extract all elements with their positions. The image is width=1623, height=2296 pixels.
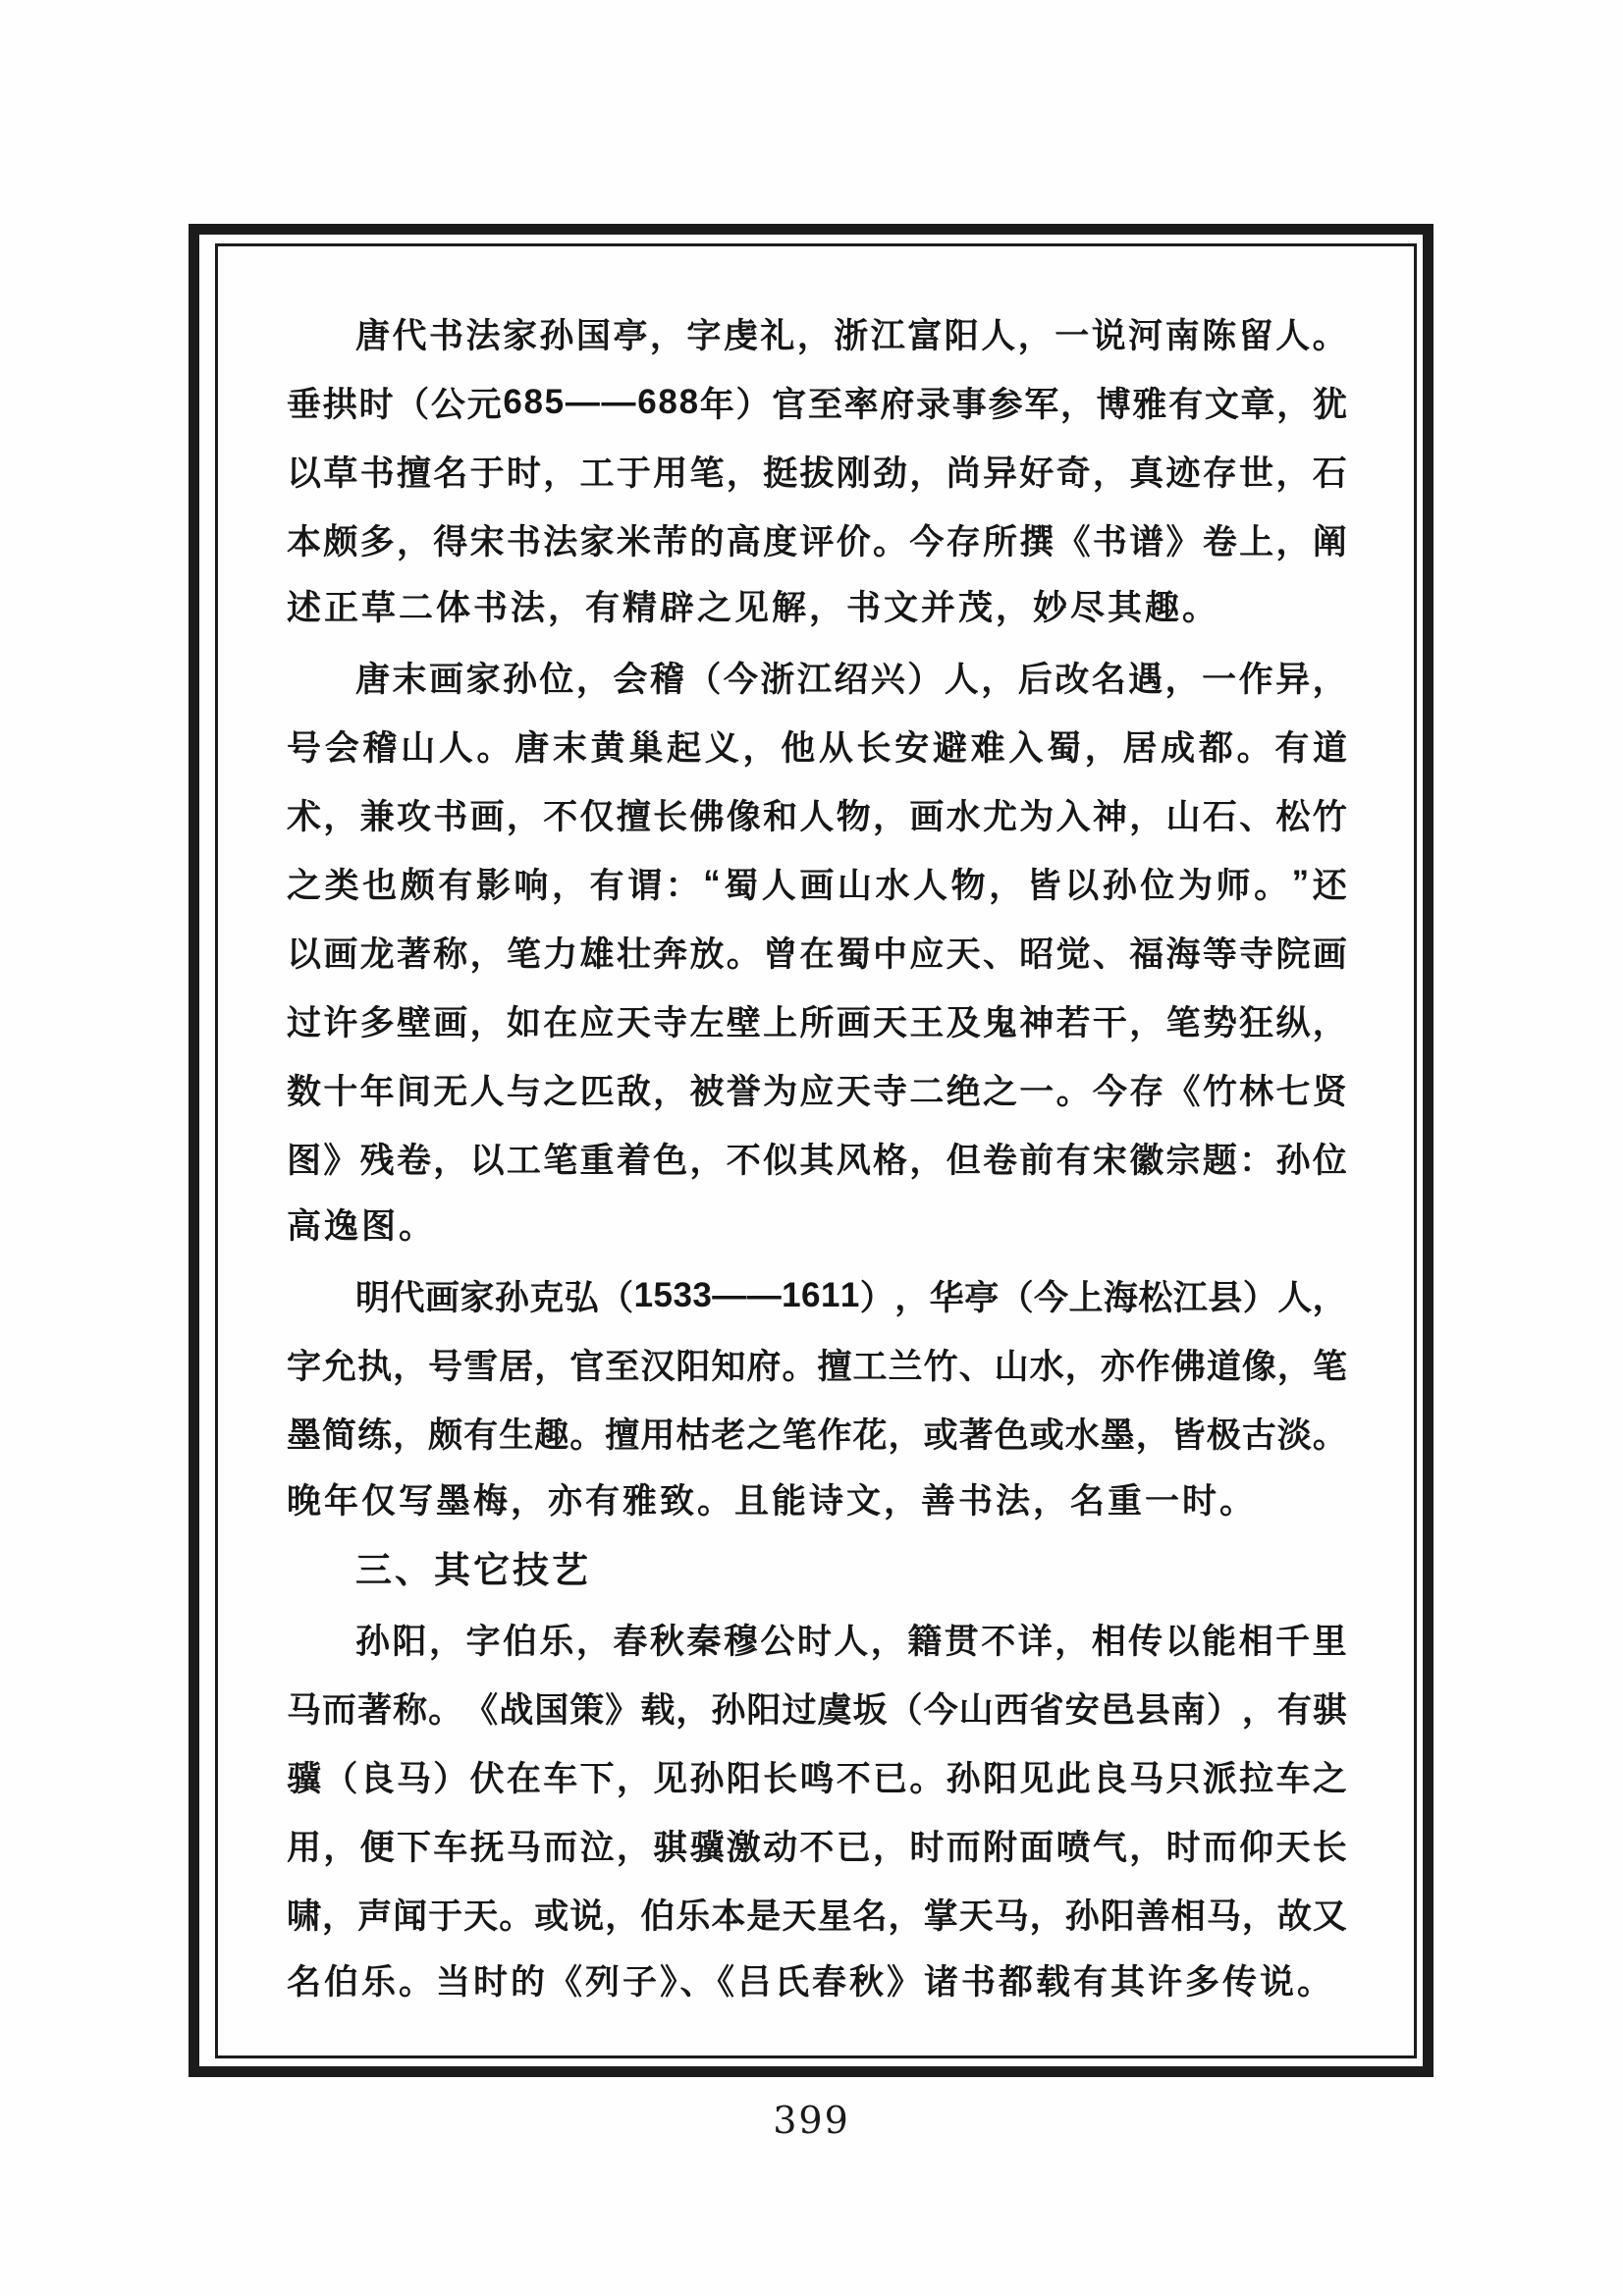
- char: 院: [1275, 928, 1310, 977]
- char: 书: [1093, 515, 1127, 564]
- char: 蜀: [837, 928, 871, 977]
- char: 颇: [428, 1409, 462, 1458]
- char: 笔: [689, 447, 724, 496]
- char: ，: [894, 1271, 929, 1320]
- char: ，: [727, 447, 761, 496]
- char: 龙: [360, 928, 395, 977]
- char: ，: [889, 1409, 923, 1458]
- char: ，: [1313, 1271, 1347, 1320]
- char: 载: [640, 1683, 675, 1733]
- char: 虞: [817, 1683, 851, 1733]
- char: 事: [952, 378, 987, 427]
- char: 传: [1128, 1615, 1163, 1664]
- char: “: [703, 864, 721, 903]
- char: 入: [1056, 790, 1091, 839]
- char: 不: [981, 1615, 1015, 1664]
- char: 于: [617, 447, 651, 496]
- char: 草: [323, 447, 357, 496]
- char: 号: [428, 1340, 462, 1389]
- char: 位: [539, 653, 573, 702]
- text-line: 唐末画家孙位，会稽（今浙江绍兴）人，后改名遇，一作异，: [287, 643, 1347, 712]
- char: 师: [1217, 859, 1251, 908]
- char: ，: [617, 1821, 651, 1870]
- char: （: [323, 1752, 357, 1801]
- char: 良: [1093, 1752, 1127, 1801]
- char: 能: [1202, 1615, 1236, 1664]
- char: 。: [1237, 721, 1271, 771]
- char: 攻: [397, 790, 431, 839]
- char: ，: [322, 1890, 356, 1939]
- char: 安: [894, 721, 929, 771]
- char: 石: [1203, 790, 1237, 839]
- char: 人: [981, 309, 1015, 358]
- char: 天: [782, 1890, 816, 1939]
- char: 术: [287, 790, 321, 839]
- char: 作: [1136, 1340, 1170, 1389]
- char: 不: [799, 1821, 834, 1870]
- char: 寺: [873, 1065, 907, 1114]
- char: 擅: [817, 1340, 851, 1389]
- char: 曾: [763, 928, 797, 977]
- char: 芾: [653, 515, 687, 564]
- char: 克: [529, 1271, 564, 1320]
- char: 格: [873, 1134, 907, 1183]
- char: 是: [746, 1890, 781, 1939]
- char: 军: [1024, 378, 1058, 427]
- char: 存: [1203, 447, 1237, 496]
- char: 古: [1242, 1409, 1276, 1458]
- char: 墨: [1101, 1409, 1135, 1458]
- char: 影: [476, 859, 511, 908]
- char: 省: [1030, 1683, 1064, 1733]
- char: 笔: [543, 1134, 577, 1183]
- char: 富: [907, 309, 942, 358]
- char: ，: [797, 309, 832, 358]
- char: 、: [1239, 790, 1273, 839]
- char: 山: [1166, 790, 1201, 839]
- char: 啸: [287, 1890, 321, 1939]
- char: ，: [393, 1340, 427, 1389]
- char: 8: [523, 383, 542, 422]
- char: 今: [924, 1683, 958, 1733]
- char: ，: [1065, 1340, 1100, 1389]
- text-line: 高逸图。: [287, 1193, 1347, 1261]
- char: 绍: [834, 653, 868, 702]
- char: 下: [397, 1821, 431, 1870]
- char: 家: [580, 515, 615, 564]
- char: 亦: [1101, 1340, 1135, 1389]
- char: 南: [1171, 1683, 1206, 1733]
- char: 汉: [640, 1340, 675, 1389]
- char: 海: [1166, 928, 1201, 977]
- char: 人: [945, 653, 979, 702]
- text-line: 以草书擅名于时，工于用笔，挺拔刚劲，尚异好奇，真迹存世，石: [287, 437, 1347, 506]
- char: 价: [837, 515, 871, 564]
- char: 《: [1056, 515, 1091, 564]
- char: 马: [397, 1752, 431, 1801]
- char: 《: [1166, 1065, 1201, 1114]
- char: 或: [1030, 1409, 1064, 1458]
- char: 入: [1008, 721, 1043, 771]
- char: 避: [933, 721, 967, 771]
- char: 阳: [392, 1615, 426, 1664]
- char: 今: [1034, 1271, 1068, 1320]
- char: 派: [1203, 1752, 1237, 1801]
- char: 画: [323, 928, 357, 977]
- char: 为: [1178, 859, 1213, 908]
- char: ，: [433, 1134, 467, 1183]
- char: 。: [1056, 1065, 1091, 1114]
- char: ：: [666, 859, 700, 908]
- char: 》: [323, 1134, 357, 1183]
- char: 称: [433, 928, 467, 977]
- char: 说: [1092, 309, 1126, 358]
- char: 喷: [1056, 1821, 1091, 1870]
- char: 孙: [495, 1271, 529, 1320]
- char: 作: [1239, 653, 1273, 702]
- char: 马: [507, 1821, 541, 1870]
- char: 左: [689, 996, 724, 1045]
- char: 天: [959, 1890, 994, 1939]
- char: 江: [871, 309, 905, 358]
- char: 鸣: [799, 1752, 834, 1801]
- char: 字: [465, 1615, 500, 1664]
- char: 寺: [1239, 928, 1273, 977]
- char: 雪: [463, 1340, 498, 1389]
- char: 孙: [1103, 859, 1137, 908]
- char: ，: [576, 1615, 611, 1664]
- char: 孙: [947, 1752, 981, 1801]
- char: 十: [323, 1065, 357, 1114]
- char: （: [395, 378, 429, 427]
- char: 知: [711, 1340, 745, 1389]
- char: 骥: [689, 1821, 724, 1870]
- char: 七: [1275, 1065, 1310, 1114]
- char: 故: [1277, 1890, 1312, 1939]
- char: 山: [959, 1683, 994, 1733]
- char: 5: [545, 383, 564, 422]
- char: 章: [1241, 378, 1275, 427]
- char: 家: [503, 309, 537, 358]
- char: 而: [543, 1821, 577, 1870]
- char: ，: [889, 1890, 923, 1939]
- char: 擅: [605, 1409, 639, 1458]
- char: 良: [360, 1752, 395, 1801]
- char: 画: [429, 653, 463, 702]
- char: 天: [617, 996, 651, 1045]
- char: 的: [689, 515, 724, 564]
- char: 皆: [1171, 1409, 1206, 1458]
- char: 拉: [1239, 1752, 1273, 1801]
- char: 春: [613, 1615, 647, 1664]
- char: 参: [989, 378, 1023, 427]
- char: 颇: [323, 515, 357, 564]
- char: 国: [576, 309, 611, 358]
- char: ，: [543, 447, 577, 496]
- char: ，: [1313, 653, 1347, 702]
- char: 简: [322, 1409, 356, 1458]
- char: 气: [1093, 1821, 1127, 1870]
- char: ，: [393, 1409, 427, 1458]
- char: 末: [392, 653, 426, 702]
- char: ，: [1277, 1340, 1312, 1389]
- char: 1: [840, 1276, 859, 1315]
- char: 着: [617, 1134, 651, 1183]
- char: 本: [711, 1890, 745, 1939]
- char: 在: [799, 928, 834, 977]
- char: 和: [763, 790, 797, 839]
- char: ，: [323, 1821, 357, 1870]
- char: 相: [1171, 1890, 1206, 1939]
- char: 奔: [653, 928, 687, 977]
- char: 应: [799, 1065, 834, 1114]
- char: 见: [653, 1752, 687, 1801]
- char: 策: [569, 1683, 604, 1733]
- char: ，: [1313, 996, 1347, 1045]
- char: 抚: [470, 1821, 505, 1870]
- char: 面: [1019, 1821, 1054, 1870]
- char: 米: [617, 515, 651, 564]
- text-line: 以画龙著称，笔力雄壮奔放。曾在蜀中应天、昭觉、福海等寺院画: [287, 918, 1347, 987]
- char: 劲: [873, 447, 907, 496]
- char: 一: [1202, 653, 1236, 702]
- char: 秋: [650, 1615, 684, 1664]
- char: 义: [705, 721, 739, 771]
- char: 似: [763, 1134, 797, 1183]
- char: 浙: [834, 309, 868, 358]
- char: 用: [640, 1409, 675, 1458]
- char: 海: [1104, 1271, 1138, 1320]
- char: 家: [465, 653, 500, 702]
- char: 孙: [689, 1752, 724, 1801]
- char: 上: [1068, 1271, 1103, 1320]
- char: 风: [837, 1134, 871, 1183]
- char: ”: [1292, 864, 1310, 903]
- char: 福: [1129, 928, 1163, 977]
- text-line: 述正草二体书法，有精辟之见解，书文并茂，妙尽其趣。: [287, 574, 1347, 643]
- char: 家: [460, 1271, 494, 1320]
- char: 后: [1018, 653, 1053, 702]
- char: —: [712, 1276, 746, 1315]
- char: 被: [689, 1065, 724, 1114]
- char: ，: [1085, 721, 1119, 771]
- char: 会: [325, 721, 359, 771]
- char: 动: [763, 1821, 797, 1870]
- char: 兰: [889, 1340, 923, 1389]
- char: 存: [947, 515, 981, 564]
- char: 文: [1205, 378, 1239, 427]
- char: 笔: [1166, 996, 1201, 1045]
- char: 阳: [746, 1683, 781, 1733]
- char: 都: [1199, 721, 1233, 771]
- char: 书: [429, 309, 463, 358]
- char: 匹: [580, 1065, 615, 1114]
- char: 松: [1275, 790, 1310, 839]
- char: 水: [947, 790, 981, 839]
- char: 弘: [565, 1271, 599, 1320]
- char: 亭: [613, 309, 647, 358]
- char: 势: [1203, 996, 1237, 1045]
- char: 上: [1239, 515, 1273, 564]
- char: ，: [1018, 309, 1053, 358]
- char: 。: [1313, 1409, 1347, 1458]
- char: 异: [1275, 653, 1310, 702]
- char: 、: [959, 1340, 994, 1389]
- char: 长: [653, 790, 687, 839]
- char: 誉: [727, 1065, 761, 1114]
- char: 墨: [287, 1409, 321, 1458]
- char: 他: [781, 721, 815, 771]
- char: 而: [1203, 1821, 1237, 1870]
- char: 有: [1168, 378, 1203, 427]
- char: 在: [543, 996, 577, 1045]
- char: 天: [873, 996, 907, 1045]
- char: 孙: [1275, 1134, 1310, 1183]
- char: 生: [499, 1409, 533, 1458]
- char: 奇: [1056, 447, 1091, 496]
- char: ，: [981, 653, 1015, 702]
- char: 人: [439, 721, 473, 771]
- char: ，: [909, 447, 944, 496]
- text-line: 过许多壁画，如在应天寺左壁上所画天王及鬼神若干，笔势狂纵，: [287, 987, 1347, 1055]
- char: 至: [808, 378, 842, 427]
- char: 于: [428, 1890, 462, 1939]
- char: 所: [983, 515, 1017, 564]
- char: 蜀: [1047, 721, 1081, 771]
- char: 宗: [1166, 1134, 1201, 1183]
- char: 在: [507, 1752, 541, 1801]
- char: 孙: [1065, 1890, 1100, 1939]
- char: ，: [1276, 378, 1311, 427]
- char: 巢: [628, 721, 663, 771]
- char: ，: [1242, 1683, 1276, 1733]
- text-line: 之类也颇有影响，有谓：“蜀人画山水人物，皆以孙位为师。”还: [287, 849, 1347, 918]
- char: ，: [507, 790, 541, 839]
- char: 卷: [983, 1134, 1017, 1183]
- char: 名: [853, 1890, 888, 1939]
- char: 天: [947, 928, 981, 977]
- char: ：: [1239, 1134, 1273, 1183]
- char: 马: [287, 1683, 321, 1733]
- char: 南: [1165, 309, 1200, 358]
- char: 唐: [355, 653, 390, 702]
- char: 国: [534, 1683, 568, 1733]
- char: 稽: [362, 721, 397, 771]
- char: 画: [799, 859, 834, 908]
- char: 孙: [539, 309, 573, 358]
- char: ，: [1060, 378, 1095, 427]
- char: 车: [433, 1821, 467, 1870]
- char: 残: [360, 1134, 395, 1183]
- char: 所: [799, 996, 834, 1045]
- text-block: 唐代书法家孙国亭，字虔礼，浙江富阳人，一说河南陈留人。垂拱时（公元685——68…: [287, 299, 1347, 2017]
- char: 高: [727, 515, 761, 564]
- char: 《: [463, 1683, 498, 1733]
- char: 遇: [1128, 653, 1163, 702]
- char: 详: [1018, 1615, 1053, 1664]
- char: ，: [873, 1821, 907, 1870]
- char: 礼: [760, 309, 794, 358]
- char: 颇: [401, 859, 435, 908]
- char: 练: [357, 1409, 392, 1458]
- char: 亭: [964, 1271, 999, 1320]
- char: 应: [909, 928, 944, 977]
- char: 或: [534, 1890, 568, 1939]
- char: 唐: [514, 721, 549, 771]
- char: 色: [995, 1409, 1029, 1458]
- char: 像: [1242, 1340, 1276, 1389]
- text-line: 数十年间无人与之匹敌，被誉为应天寺二绝之一。今存《竹林七贤: [287, 1055, 1347, 1124]
- char: 伯: [640, 1890, 675, 1939]
- char: 干: [1093, 996, 1127, 1045]
- char: 枯: [676, 1409, 710, 1458]
- char: 号: [287, 721, 321, 771]
- char: （: [599, 1271, 633, 1320]
- char: 末: [553, 721, 587, 771]
- char: 也: [362, 859, 397, 908]
- char: 伯: [503, 1615, 537, 1664]
- char: 。: [873, 515, 907, 564]
- char: ，: [689, 1134, 724, 1183]
- char: —: [602, 383, 636, 422]
- char: 像: [727, 790, 761, 839]
- char: 。: [727, 928, 761, 977]
- char: 狂: [1239, 996, 1273, 1045]
- char: 华: [930, 1271, 964, 1320]
- char: 公: [760, 1615, 794, 1664]
- char: 1: [782, 1276, 800, 1315]
- char: 著: [397, 928, 431, 977]
- char: 为: [763, 1065, 797, 1114]
- char: 车: [1275, 1752, 1310, 1801]
- char: 籍: [907, 1615, 942, 1664]
- char: 撰: [1019, 515, 1054, 564]
- char: 之: [746, 1409, 781, 1458]
- char: 。: [477, 721, 512, 771]
- char: 刚: [837, 447, 871, 496]
- char: 图: [287, 1134, 321, 1183]
- char: 不: [727, 1134, 761, 1183]
- char: 字: [287, 1340, 321, 1389]
- char: 已: [873, 1752, 907, 1801]
- char: 至: [605, 1340, 639, 1389]
- char: （: [686, 653, 721, 702]
- char: ，: [909, 1134, 944, 1183]
- char: 迹: [1166, 447, 1201, 496]
- char: 江: [797, 653, 832, 702]
- char: 与: [507, 1065, 541, 1114]
- char: 骐: [653, 1821, 687, 1870]
- char: 画: [837, 996, 871, 1045]
- char: 尚: [947, 447, 981, 496]
- char: 允: [322, 1340, 356, 1389]
- char: 名: [1092, 653, 1126, 702]
- char: 用: [653, 447, 687, 496]
- char: 作: [817, 1409, 851, 1458]
- char: 擅: [617, 790, 651, 839]
- char: 用: [287, 1821, 321, 1870]
- char: ，: [873, 790, 907, 839]
- char: 敌: [617, 1065, 651, 1114]
- char: 画: [909, 790, 944, 839]
- char: 率: [844, 378, 879, 427]
- char: 寺: [653, 996, 687, 1045]
- char: ，: [676, 1683, 710, 1733]
- char: 阐: [1313, 515, 1347, 564]
- char: 掌: [924, 1890, 958, 1939]
- char: ，: [742, 721, 777, 771]
- char: 称: [393, 1683, 427, 1733]
